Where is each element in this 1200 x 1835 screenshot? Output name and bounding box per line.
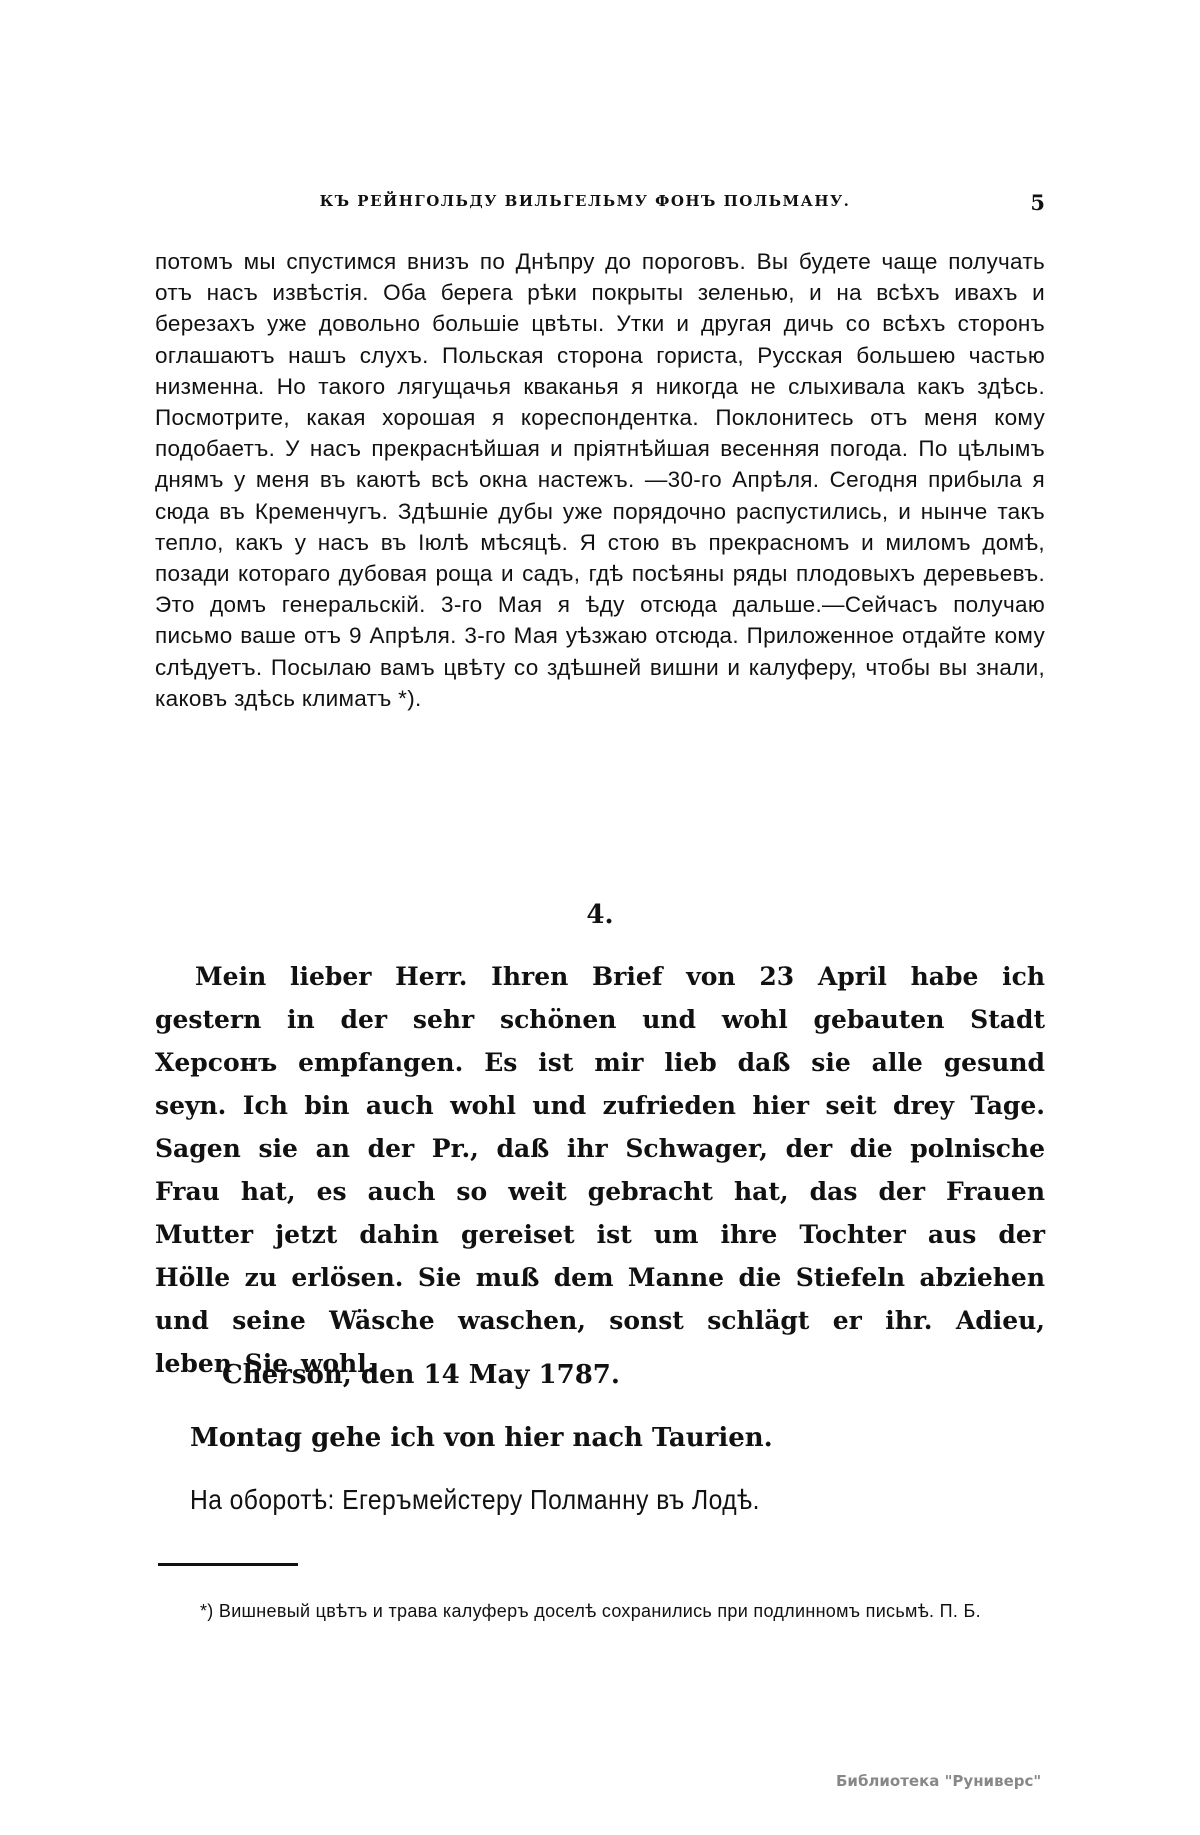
letter-number: 4. <box>0 900 1200 930</box>
russian-letter-continuation: потомъ мы спустимся внизъ по Днѣпру до п… <box>155 246 1045 714</box>
footnote: *) Вишневый цвѣтъ и трава калуферъ досел… <box>155 1595 1045 1627</box>
page-number: 5 <box>1030 190 1045 215</box>
running-title: КЪ РЕЙНГОЛЬДУ ВИЛЬГЕЛЬМУ ФОНЪ ПОЛЬМАНУ. <box>155 192 1045 210</box>
german-letter: Mein lieber Herr. Ihren Brief von 23 Apr… <box>155 955 1045 1385</box>
letter-postscript: Montag gehe ich von hier nach Taurien. <box>190 1423 773 1453</box>
german-paragraph: Mein lieber Herr. Ihren Brief von 23 Apr… <box>155 955 1045 1385</box>
footnote-divider <box>158 1563 298 1566</box>
letter-address: На оборотѣ: Егеръмейстеру Полманну въ Ло… <box>190 1484 760 1516</box>
book-page: КЪ РЕЙНГОЛЬДУ ВИЛЬГЕЛЬМУ ФОНЪ ПОЛЬМАНУ. … <box>0 0 1200 1835</box>
letter-dateline: Cherson, den 14 May 1787. <box>222 1360 620 1390</box>
russian-paragraph: потомъ мы спустимся внизъ по Днѣпру до п… <box>155 246 1045 714</box>
running-head: КЪ РЕЙНГОЛЬДУ ВИЛЬГЕЛЬМУ ФОНЪ ПОЛЬМАНУ. … <box>155 192 1045 222</box>
library-watermark: Библиотека "Руниверс" <box>836 1772 1041 1790</box>
